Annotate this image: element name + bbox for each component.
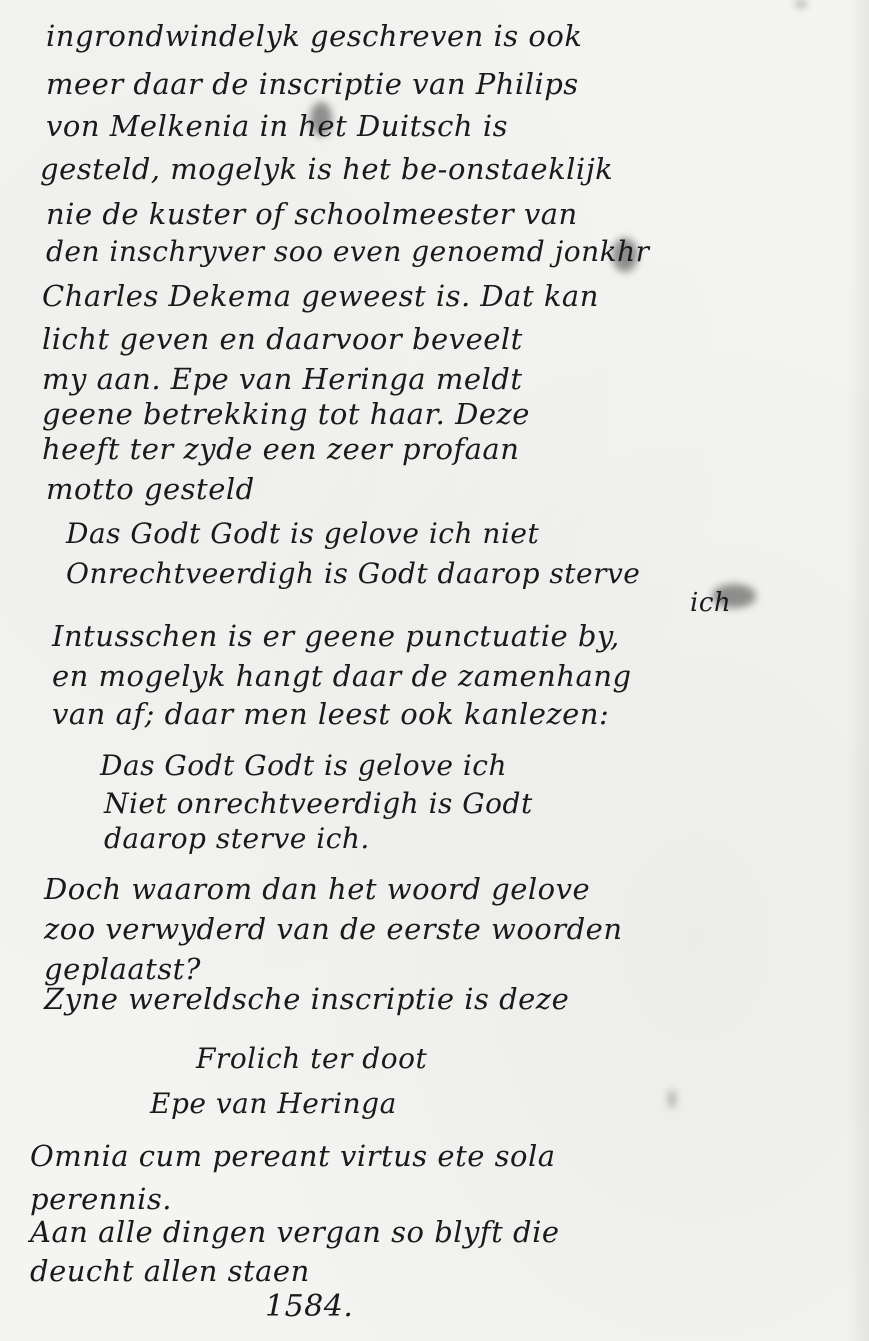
page-edge-shadow (847, 0, 869, 1341)
handwritten-line: Niet onrechtveerdigh is Godt (104, 790, 533, 818)
handwritten-line: licht geven en daarvoor beveelt (42, 325, 523, 354)
handwritten-line: nie de kuster of schoolmeester van (46, 200, 578, 229)
handwritten-line: geplaatst? (44, 955, 201, 984)
handwritten-line: motto gesteld (46, 475, 255, 504)
manuscript-page: ingrondwindelyk geschreven is ookmeer da… (0, 0, 869, 1341)
handwritten-line: Intusschen is er geene punctuatie by, (52, 622, 620, 651)
handwritten-line: Aan alle dingen vergan so blyft die (30, 1218, 560, 1247)
handwritten-line: Doch waarom dan het woord gelove (44, 875, 590, 904)
handwritten-line: deucht allen staen (30, 1257, 310, 1286)
handwritten-line: daarop sterve ich. (104, 825, 370, 853)
handwritten-line: ingrondwindelyk geschreven is ook (46, 22, 582, 51)
handwritten-line: perennis. (30, 1185, 172, 1214)
handwritten-line: Das Godt Godt is gelove ich (100, 752, 507, 780)
handwritten-line: en mogelyk hangt daar de zamenhang (52, 662, 632, 691)
handwritten-line: heeft ter zyde een zeer profaan (42, 435, 519, 464)
handwritten-line: ich (690, 590, 731, 616)
ink-smudge (668, 1090, 676, 1108)
handwritten-line: von Melkenia in het Duitsch is (46, 112, 508, 141)
handwritten-line: my aan. Epe van Heringa meldt (42, 365, 522, 394)
handwritten-line: Omnia cum pereant virtus ete sola (30, 1142, 556, 1171)
handwritten-line: meer daar de inscriptie van Philips (46, 70, 579, 99)
handwritten-line: den inschryver soo even genoemd jonkhr (46, 238, 650, 266)
handwritten-line: van af; daar men leest ook kanlezen: (52, 700, 609, 729)
handwritten-line: gesteld, mogelyk is het be-onstaeklijk (40, 155, 613, 184)
ink-smudge (795, 0, 807, 8)
handwritten-line: Zyne wereldsche inscriptie is deze (44, 985, 569, 1014)
handwritten-line: Epe van Heringa (150, 1090, 397, 1118)
handwritten-line: zoo verwyderd van de eerste woorden (44, 915, 623, 944)
handwritten-line: 1584. (265, 1292, 353, 1322)
handwritten-line: Charles Dekema geweest is. Dat kan (42, 282, 599, 311)
handwritten-line: Das Godt Godt is gelove ich niet (66, 520, 539, 548)
handwritten-line: Onrechtveerdigh is Godt daarop sterve (66, 560, 640, 588)
handwritten-line: Frolich ter doot (196, 1045, 427, 1073)
handwritten-line: geene betrekking tot haar. Deze (42, 400, 530, 429)
